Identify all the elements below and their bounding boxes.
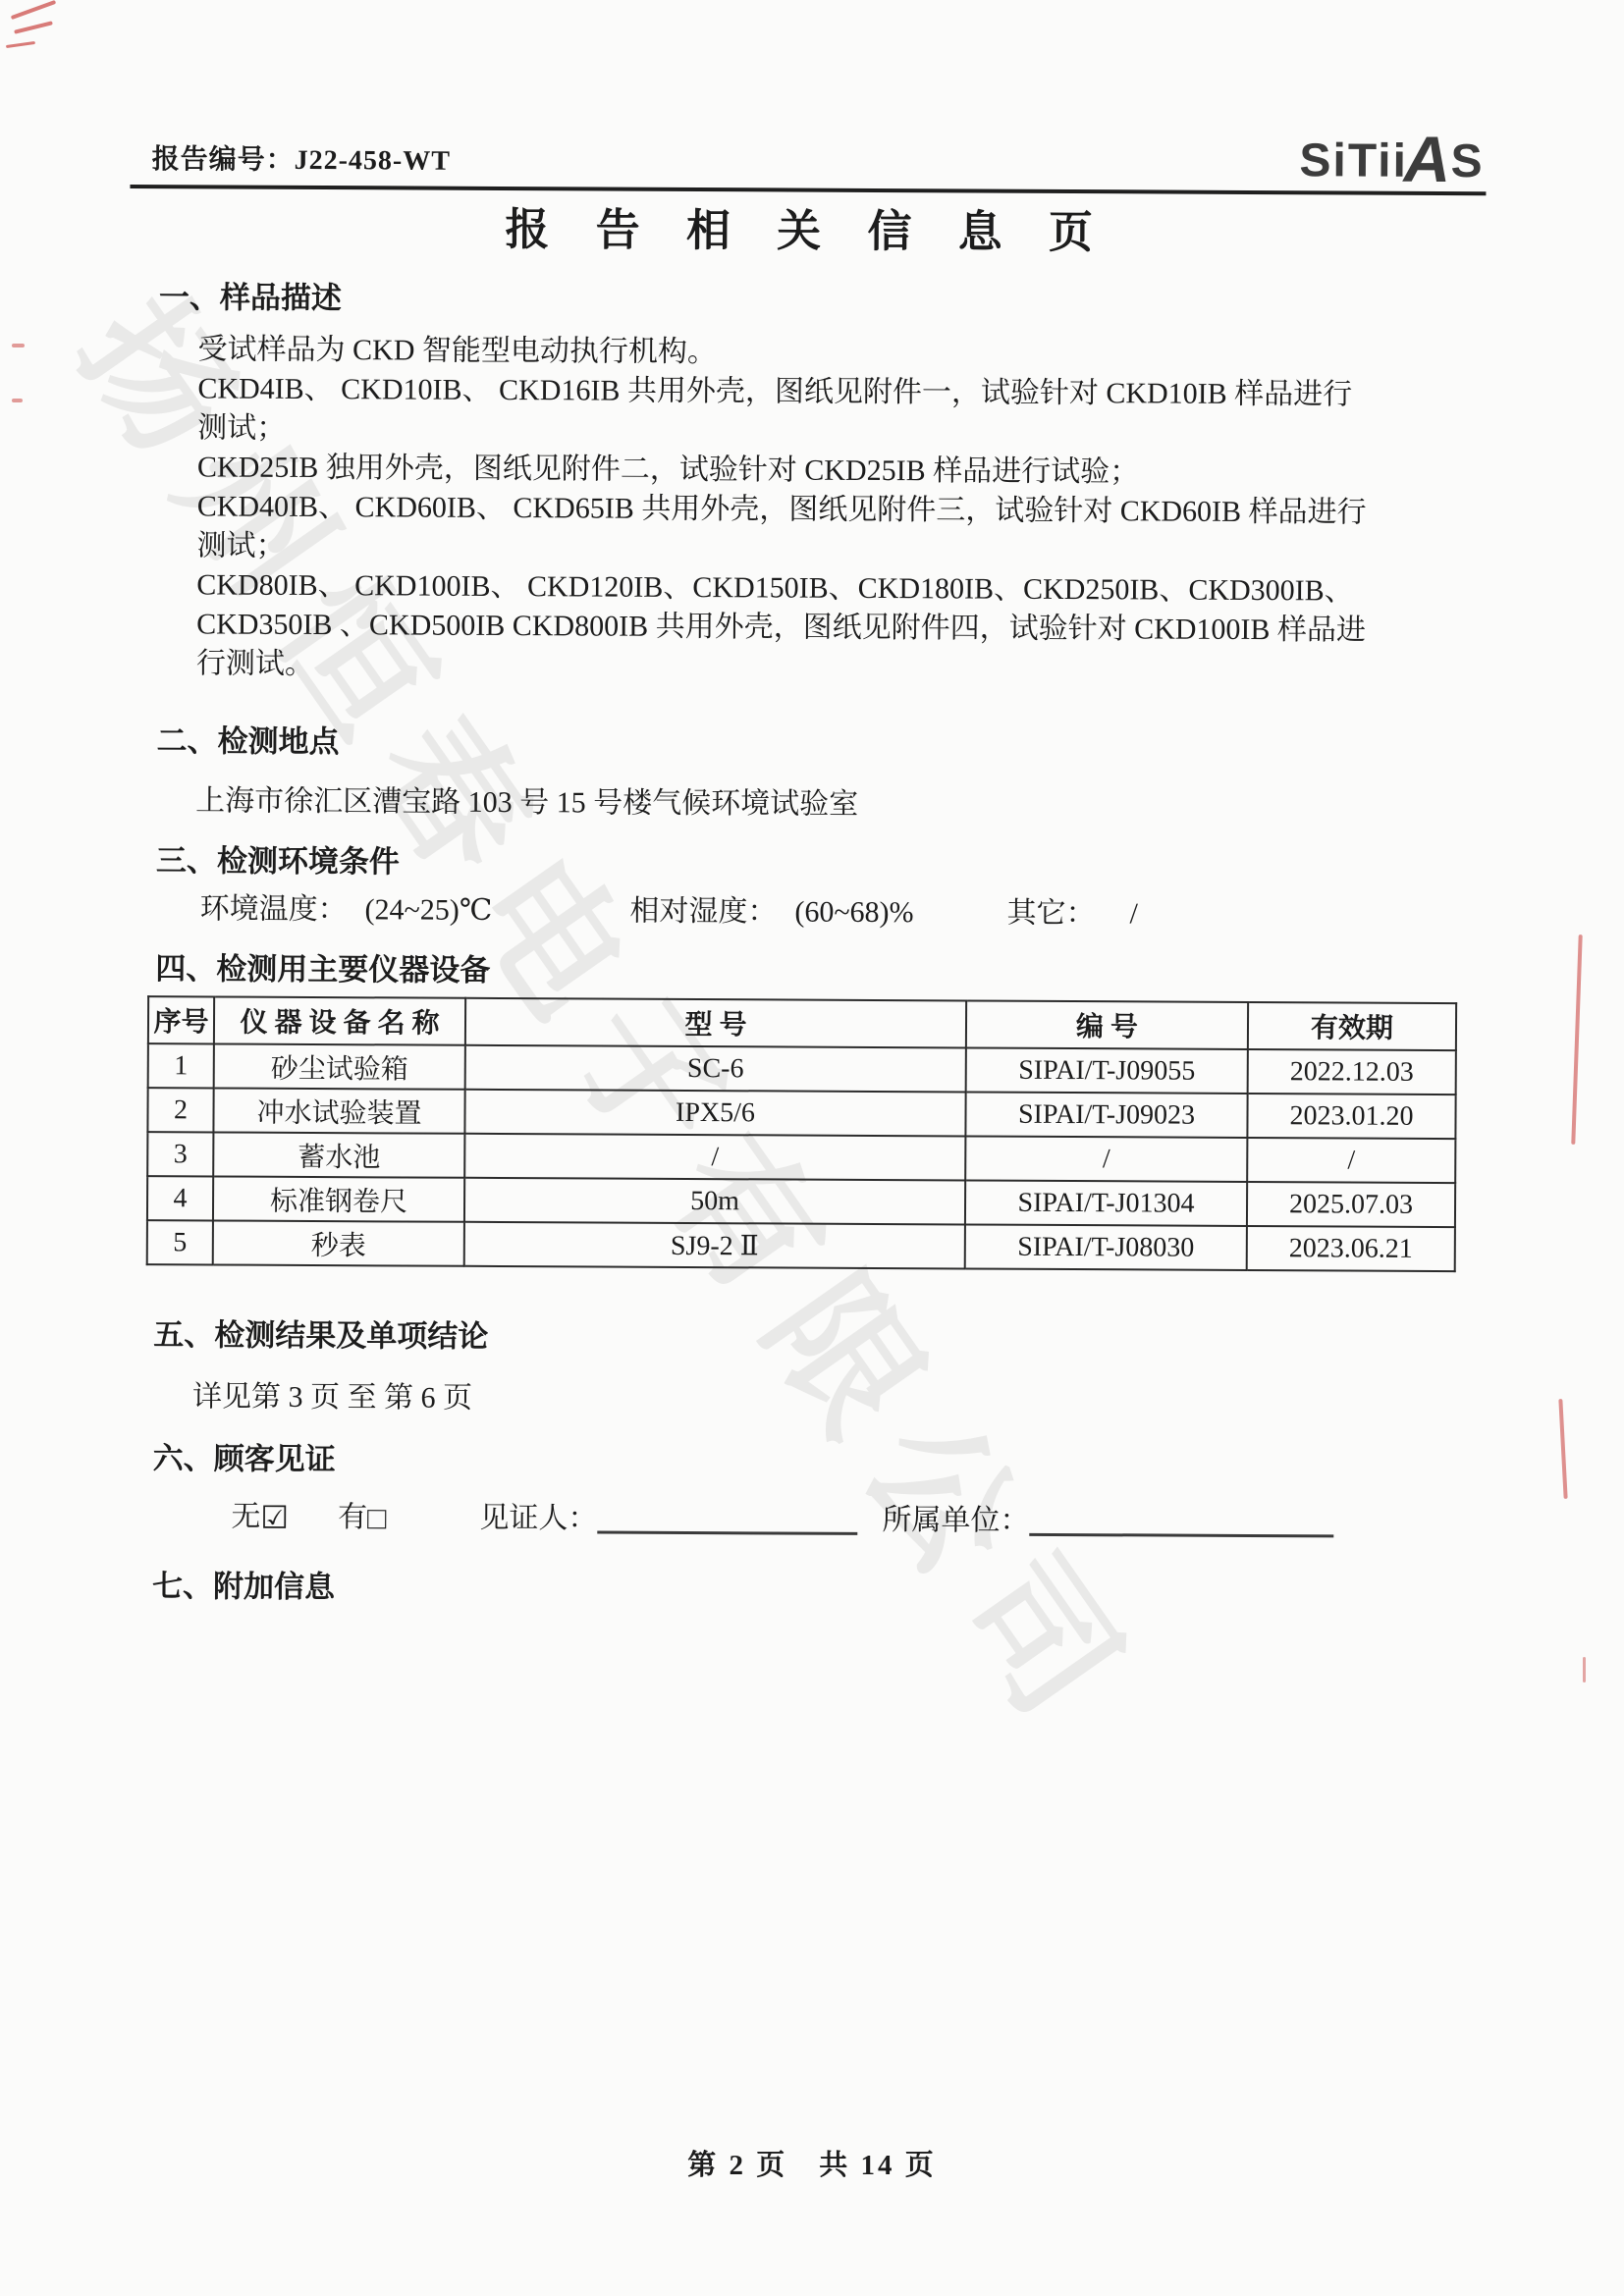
other-value: / [1129,897,1138,930]
checkbox-empty-icon: □ [367,1500,387,1535]
witness-person-blank [597,1498,857,1535]
section-5-heading: 五、检测结果及单项结论 [153,1316,1480,1361]
table-cell: 标准钢卷尺 [213,1176,464,1221]
sample-description-line: 测试； [196,526,1484,572]
scan-artifact-mark [11,0,56,20]
table-row: 1 砂尘试验箱 SC-6 SIPAI/T-J09055 2022.12.03 [148,1043,1456,1095]
checkbox-checked-icon: ☑ [260,1500,289,1535]
temperature-value: (24~25)℃ [365,893,493,927]
scan-artifact-mark [1558,1399,1567,1499]
document-header: 报告编号：J22-458-WT SiTiiAS [130,86,1487,191]
table-row: 5 秒表 SJ9-2 Ⅱ SIPAI/T-J08030 2023.06.21 [147,1220,1455,1271]
witness-person-label: 见证人： [479,1502,597,1535]
section-7-heading: 七、附加信息 [152,1568,1479,1612]
humidity-value: (60~68)% [794,896,913,930]
witness-none-label: 无 [231,1501,260,1533]
table-cell: SIPAI/T-J01304 [965,1180,1247,1226]
table-cell: SJ9-2 Ⅱ [464,1222,965,1269]
scan-artifact-mark [14,21,53,34]
table-row: 4 标准钢卷尺 50m SIPAI/T-J01304 2025.07.03 [147,1176,1455,1227]
table-cell: 蓄水池 [213,1132,464,1177]
table-cell: 2022.12.03 [1248,1049,1456,1095]
section-4-heading: 四、检测用主要仪器设备 [155,950,1482,994]
page-title: 报 告 相 关 信 息 页 [130,202,1486,260]
table-cell: IPX5/6 [464,1090,965,1137]
scan-artifact-mark [12,399,23,402]
page-footer: 第 2 页 共 14 页 [0,2143,1624,2183]
humidity-label: 相对湿度： [629,895,777,929]
table-row: 3 蓄水池 / / / [147,1132,1455,1183]
table-cell: / [1247,1138,1455,1183]
table-cell: SIPAI/T-J09055 [966,1047,1248,1094]
other-label: 其它： [1007,897,1096,930]
table-cell: / [464,1134,965,1181]
table-cell: 4 [147,1176,213,1220]
table-cell: 2023.06.21 [1247,1226,1455,1271]
table-header-cell: 仪 器 设 备 名 称 [214,996,465,1044]
logo-text-part: SiTii [1299,134,1408,187]
sample-description-line: 测试； [197,408,1485,454]
scan-artifact-mark [12,344,25,347]
sample-description-line: CKD80IB、 CKD100IB、 CKD120IB、CKD150IB、CKD… [196,565,1484,612]
sample-description-line: CKD4IB、 CKD10IB、 CKD16IB 共用外壳，图纸见附件一，试验针… [197,369,1485,415]
table-row: 2 冲水试验装置 IPX5/6 SIPAI/T-J09023 2023.01.2… [147,1088,1455,1139]
temperature-label: 环境温度： [200,892,348,926]
section-1-heading: 一、样品描述 [159,279,1486,323]
table-header-row: 序号 仪 器 设 备 名 称 型 号 编 号 有效期 [148,996,1456,1050]
witness-has-label: 有 [338,1501,367,1533]
table-cell: 秒表 [213,1220,464,1265]
section-6-heading: 六、顾客见证 [153,1440,1480,1484]
table-cell: 1 [148,1043,214,1088]
sitiias-logo: SiTiiAS [1299,126,1485,191]
table-header-cell: 型 号 [465,998,966,1048]
test-location: 上海市徐汇区漕宝路 103 号 15 号楼气候环境试验室 [195,781,1483,828]
environment-conditions: 环境温度：(24~25)℃相对湿度：(60~68)%其它：/ [200,889,1483,935]
table-cell: / [965,1136,1247,1182]
table-cell: 5 [147,1220,213,1264]
report-number: 报告编号：J22-458-WT [152,137,452,179]
document-content: 报告编号：J22-458-WT SiTiiAS 报 告 相 关 信 息 页 一、… [123,86,1487,1612]
sample-description-line: 行测试。 [196,644,1484,690]
table-cell: 50m [464,1178,965,1225]
table-cell: 2023.01.20 [1247,1094,1455,1139]
sample-description-line: CKD40IB、 CKD60IB、 CKD65IB 共用外壳，图纸见附件三，试验… [197,487,1485,533]
sample-description-line: 受试样品为 CKD 智能型电动执行机构。 [197,330,1485,376]
scan-artifact-mark [1583,1657,1586,1682]
sample-description-line: CKD350IB 、CKD500IB CKD800IB 共用外壳，图纸见附件四，… [196,605,1484,651]
table-cell: SC-6 [465,1045,966,1093]
result-reference: 详见第 3 页 至 第 6 页 [192,1377,1480,1423]
table-header-cell: 有效期 [1248,1002,1456,1050]
section-2-heading: 二、检测地点 [156,722,1483,767]
scan-artifact-mark [6,41,35,48]
table-header-cell: 编 号 [966,1000,1248,1049]
table-cell: SIPAI/T-J08030 [965,1224,1247,1270]
table-cell: 2025.07.03 [1247,1182,1455,1227]
witness-unit-label: 所属单位： [882,1504,1029,1537]
table-header-cell: 序号 [148,996,214,1043]
equipment-table: 序号 仪 器 设 备 名 称 型 号 编 号 有效期 1 砂尘试验箱 SC-6 … [146,995,1457,1272]
section-3-heading: 三、检测环境条件 [156,842,1483,886]
scan-artifact-mark [1571,934,1582,1145]
table-cell: 冲水试验装置 [213,1088,464,1133]
table-cell: 3 [147,1132,213,1176]
table-cell: 2 [147,1088,213,1132]
witness-unit-blank [1029,1500,1333,1538]
sample-description-line: CKD25IB 独用外壳，图纸见附件二，试验针对 CKD25IB 样品进行试验； [197,448,1485,494]
table-cell: SIPAI/T-J09023 [965,1092,1247,1138]
report-page: 扬州恒春电子有限公司 报告编号：J22-458-WT SiTiiAS 报 告 相… [0,0,1624,2296]
table-cell: 砂尘试验箱 [214,1043,465,1089]
customer-witness-row: 无☑有□见证人：所属单位： [231,1496,1479,1546]
sample-description: 受试样品为 CKD 智能型电动执行机构。 CKD4IB、 CKD10IB、 CK… [196,330,1486,690]
